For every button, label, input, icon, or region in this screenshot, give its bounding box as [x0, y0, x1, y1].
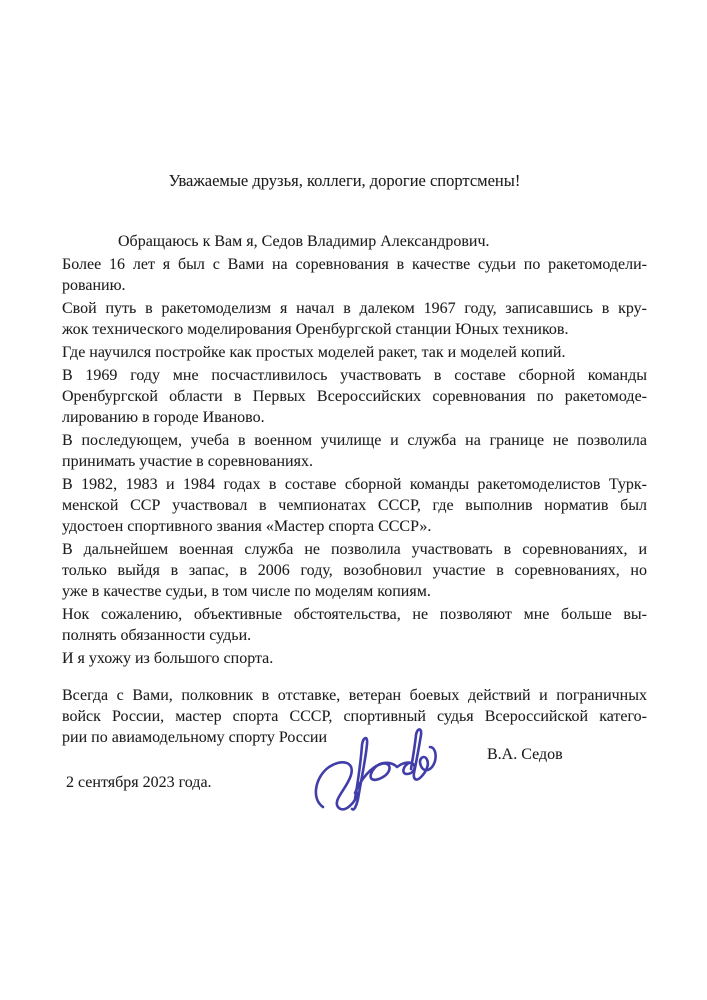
paragraph-line: Оренбургской области в Первых Всероссийс… [62, 386, 647, 407]
paragraph-line: Нок сожалению, объективные обстоятельств… [62, 604, 647, 625]
paragraph-line: Свой путь в ракетомоделизм я начал в дал… [62, 298, 647, 319]
paragraph-line: уже в качестве судьи, в том числе по мод… [62, 581, 647, 602]
signatory-name: В.А. Седов [487, 744, 563, 765]
paragraph: И я ухожу из большого спорта. [62, 648, 647, 669]
paragraph-line: В 1982, 1983 и 1984 годах в составе сбор… [62, 474, 647, 495]
paragraph-line: В последующем, учеба в военном училище и… [62, 430, 647, 451]
paragraph-line: И я ухожу из большого спорта. [62, 648, 647, 669]
paragraph: В дальнейшем военная служба не позволила… [62, 539, 647, 602]
signature-autograph [303, 719, 458, 834]
paragraph-line: В 1969 году мне посчастливилось участвов… [62, 365, 647, 386]
paragraph: Обращаюсь к Вам я, Седов Владимир Алекса… [62, 231, 647, 252]
signature-oval-loop [316, 762, 358, 809]
paragraph-line: лированию в городе Иваново. [62, 407, 647, 428]
paragraph-line: В дальнейшем военная служба не позволила… [62, 539, 647, 560]
paragraph: Нок сожалению, объективные обстоятельств… [62, 604, 647, 646]
paragraph-line: удостоен спортивного звания «Мастер спор… [62, 516, 647, 537]
paragraph: В последующем, учеба в военном училище и… [62, 430, 647, 472]
paragraph-line: Всегда с Вами, полковник в отставке, вет… [62, 685, 647, 706]
paragraph: В 1982, 1983 и 1984 годах в составе сбор… [62, 474, 647, 537]
letter-date: 2 сентября 2023 года. [66, 772, 212, 793]
letter-salutation: Уважаемые друзья, коллеги, дорогие спорт… [52, 170, 637, 191]
letter-body: Обращаюсь к Вам я, Седов Владимир Алекса… [62, 231, 647, 750]
paragraph-line: принимать участие в соревнованиях. [62, 451, 647, 472]
paragraph-line: рованию. [62, 275, 647, 296]
signature-left-spike [352, 738, 367, 809]
letter-page: Уважаемые друзья, коллеги, дорогие спорт… [0, 0, 707, 1000]
paragraph-line: только выйдя в запас, в 2006 году, возоб… [62, 560, 647, 581]
paragraph: Свой путь в ракетомоделизм я начал в дал… [62, 298, 647, 340]
paragraph-line: Более 16 лет я был с Вами на соревновани… [62, 254, 647, 275]
paragraph-line: жок технического моделирования Оренбургс… [62, 319, 647, 340]
paragraph: В 1969 году мне посчастливилось участвов… [62, 365, 647, 428]
paragraph-line: менской ССР участвовал в чемпионатах ССС… [62, 495, 647, 516]
paragraph-line: Где научился постройке как простых модел… [62, 342, 647, 363]
paragraph: Где научился постройке как простых модел… [62, 342, 647, 363]
paragraph-line: полнять обязанности судьи. [62, 625, 647, 646]
signature-right-flourish [411, 729, 436, 779]
paragraph: Более 16 лет я был с Вами на соревновани… [62, 254, 647, 296]
paragraph-line: Обращаюсь к Вам я, Седов Владимир Алекса… [62, 231, 647, 252]
